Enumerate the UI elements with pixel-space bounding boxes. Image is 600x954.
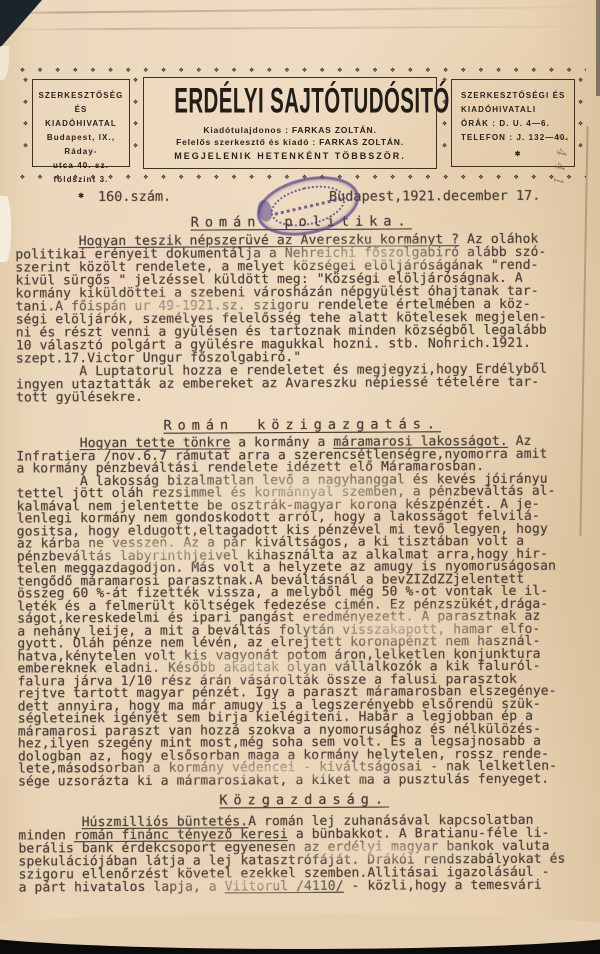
section-body: Hogyan teszik népszerüvé az Avereszku ko… bbox=[15, 232, 588, 404]
typewritten-content: 160.szám. Budapest,1921.december 17. Rom… bbox=[0, 0, 600, 954]
paper-bottom-edge bbox=[0, 913, 600, 949]
scan-corner-shadow bbox=[0, 0, 42, 48]
section-kozgazdasag: Közgazdaság. Húszmilliós büntetés.A romá… bbox=[18, 790, 591, 894]
section-roman-politika: Román politika. Hogyan teszik népszerüvé… bbox=[15, 212, 588, 404]
section-heading: Közgazdaság. bbox=[18, 790, 590, 809]
section-roman-kozigazgatas: Román közigazgatás. Hogyan tette tönkre … bbox=[16, 415, 590, 788]
scan-edge-shadow bbox=[596, 0, 600, 96]
section-body: Hogyan tette tönkre a kormány a máramaro… bbox=[16, 435, 590, 788]
issue-number: 160.szám. bbox=[98, 189, 171, 205]
torn-edge bbox=[0, 196, 11, 262]
typewriter-line: a párt hivatalos lapja, a Viitorul /4110… bbox=[19, 878, 591, 894]
section-body: Húszmilliós büntetés.A román lej zuhanás… bbox=[18, 813, 590, 894]
typewriter-line: sége uzsorázta ki a mármarosiakat, a kik… bbox=[18, 773, 590, 788]
section-heading: Román közigazgatás. bbox=[16, 415, 588, 434]
scanned-document-page: ❖ ❖ ❖ ❖ ❖ ❖ ❖ ❖ ❖ ❖ ❖ ❖ ❖ ❖ ❖ ❖ ❖ ❖ ❖ ❖ … bbox=[0, 0, 600, 954]
